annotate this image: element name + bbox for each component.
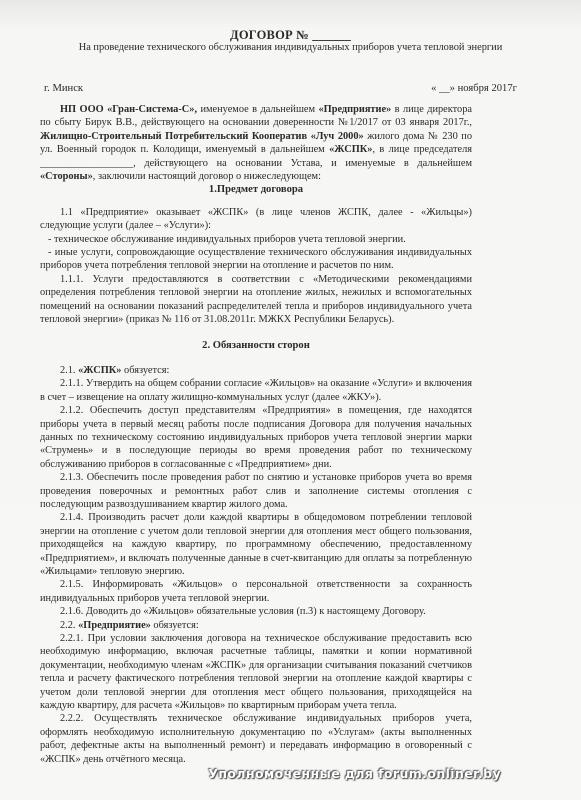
forum-watermark: Уполномоченные для forum.onliner.by — [208, 766, 501, 781]
clause-2-1-1: 2.1.1. Утвердить на общем собрании согла… — [40, 377, 472, 404]
preamble-text: , заключили настоящий договор о нижеслед… — [93, 171, 321, 182]
clause-2-1: 2.1. «ЖСПК» обязуется: — [40, 364, 472, 377]
service-item-1: - техническое обслуживание индивидуальны… — [40, 233, 472, 246]
spacer — [40, 327, 472, 339]
contract-title: ДОГОВОР № ______ — [0, 28, 581, 43]
clause-2-1-6: 2.1.6. Доводить до «Жильцов» обязательны… — [40, 605, 472, 618]
party1-name: НП ООО «Гран-Система-С», — [60, 104, 197, 115]
clause-1-1: 1.1 «Предприятие» оказывает «ЖСПК» (в ли… — [40, 206, 472, 233]
preamble-text: именуемое в дальнейшем — [197, 104, 318, 115]
section-2-heading: 2. Обязанности сторон — [40, 339, 472, 352]
section-1-heading: 1.Предмет договора — [40, 183, 472, 196]
party2-alias: «ЖСПК» — [329, 144, 372, 155]
clause-text: обязуется: — [121, 365, 169, 376]
clause-number: 2.2. — [60, 620, 78, 631]
clause-2-1-3: 2.1.3. Обеспечить после проведения работ… — [40, 471, 472, 511]
party-alias: «ЖСПК» — [78, 365, 121, 376]
clause-2-2-1: 2.2.1. При условии заключения договора н… — [40, 632, 472, 712]
party2-name: Жилищно-Строительный Потребительский Коо… — [40, 131, 364, 142]
clause-text: обязуется: — [151, 620, 199, 631]
contract-body: НП ООО «Гран-Система-С», именуемое в дал… — [40, 103, 472, 766]
clause-2-1-4: 2.1.4. Производить расчет доли каждой кв… — [40, 511, 472, 578]
spacer — [40, 197, 472, 206]
contract-city: г. Минск — [44, 83, 83, 94]
contract-subtitle: На проведение технического обслуживания … — [0, 42, 581, 53]
clause-1-1-1: 1.1.1. Услуги предоставляются в соответс… — [40, 273, 472, 327]
scanned-contract-page: ДОГОВОР № ______ На проведение техническ… — [0, 0, 581, 800]
parties-alias: «Стороны» — [40, 171, 93, 182]
service-item-2: - иные услуги, сопровождающие осуществле… — [40, 246, 472, 273]
contract-date: « __» ноября 2017г — [431, 83, 517, 94]
party-alias: «Предприятие» — [78, 620, 151, 631]
clause-2-2-2: 2.2.2. Осуществлять техническое обслужив… — [40, 712, 472, 766]
clause-2-1-5: 2.1.5. Информировать «Жильцов» о персона… — [40, 578, 472, 605]
spacer — [40, 352, 472, 364]
clause-2-1-2: 2.1.2. Обеспечить доступ представителям … — [40, 404, 472, 471]
preamble-paragraph: НП ООО «Гран-Система-С», именуемое в дал… — [40, 103, 472, 183]
party1-alias: «Предприятие» — [318, 104, 391, 115]
clause-2-2: 2.2. «Предприятие» обязуется: — [40, 619, 472, 632]
clause-number: 2.1. — [60, 365, 78, 376]
